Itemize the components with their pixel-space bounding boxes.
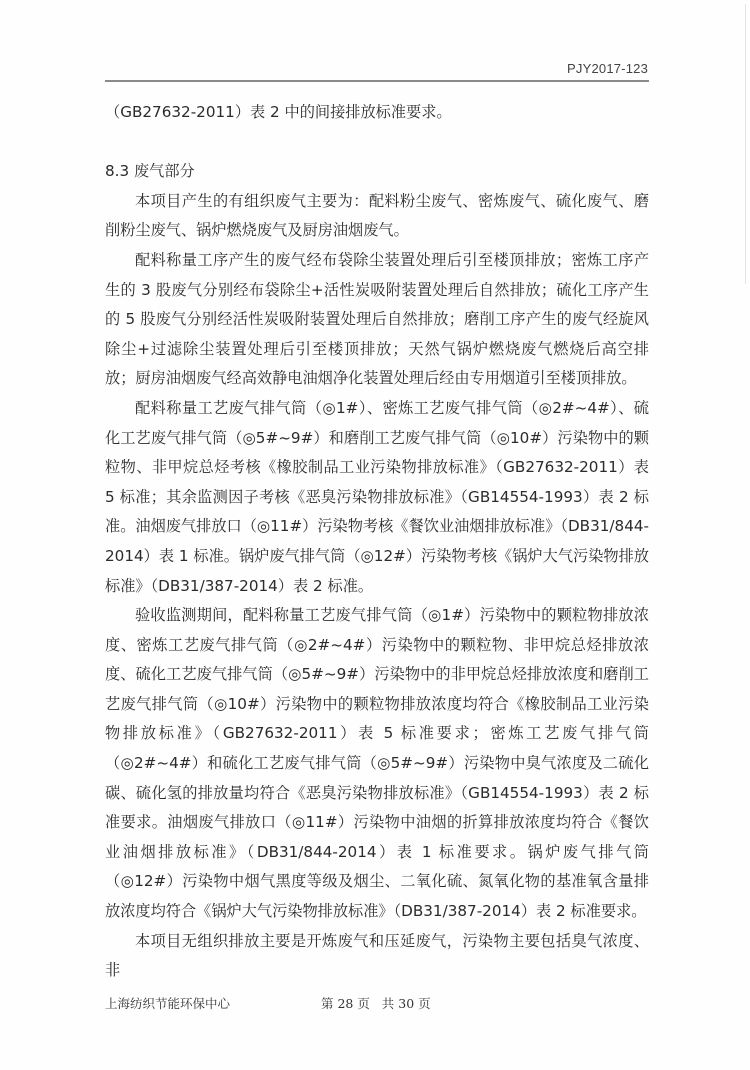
paragraph: 验收监测期间，配料称量工艺废气排气筒（◎1#）污染物中的颗粒物排放浓度、密炼工艺… bbox=[105, 601, 649, 927]
document-code: PJY2017-123 bbox=[567, 61, 648, 76]
footer-page-number: 第 28 页 共 30 页 bbox=[321, 994, 431, 1012]
document-body: （GB27632-2011）表 2 中的间接排放标准要求。 8.3 废气部分 本… bbox=[105, 98, 649, 986]
document-page: PJY2017-123 （GB27632-2011）表 2 中的间接排放标准要求… bbox=[0, 0, 750, 1070]
paragraph: 本项目产生的有组织废气主要为：配料粉尘废气、密炼废气、硫化废气、磨削粉尘废气、锅… bbox=[105, 187, 649, 246]
footer-organization: 上海纺织节能环保中心 bbox=[105, 994, 230, 1012]
paragraph: 配料称量工艺废气排气筒（◎1#）、密炼工艺废气排气筒（◎2#~4#）、硫化工艺废… bbox=[105, 394, 649, 601]
paragraph-spacer bbox=[105, 128, 649, 158]
section-heading: 8.3 废气部分 bbox=[105, 157, 649, 187]
continuation-line: （GB27632-2011）表 2 中的间接排放标准要求。 bbox=[105, 98, 649, 128]
header-divider bbox=[105, 80, 649, 82]
paragraph: 本项目无组织排放主要是开炼废气和压延废气，污染物主要包括臭气浓度、非 bbox=[105, 927, 649, 986]
paragraph: 配料称量工序产生的废气经布袋除尘装置处理后引至楼顶排放；密炼工序产生的 3 股废… bbox=[105, 246, 649, 394]
scan-edge-artifact bbox=[745, 4, 746, 284]
